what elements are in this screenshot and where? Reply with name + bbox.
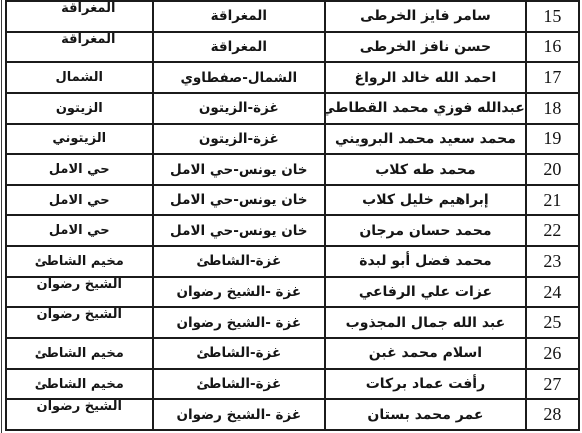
row-number-cell: 19: [526, 124, 579, 155]
area-cell: المغراقة: [153, 32, 326, 63]
area-cell: غزة-الشاطئ: [153, 246, 326, 277]
table-row: مخيم الشاطئ غزة-الشاطئ محمد فضل أبو لبدة…: [6, 246, 579, 277]
row-number-cell: 16: [526, 32, 579, 63]
name-cell: احمد الله خالد الرواغ: [325, 62, 526, 93]
table-row: الشيخ رضوان غزة -الشيخ رضوان عمر محمد بس…: [6, 399, 579, 430]
area-cell: غزة -الشيخ رضوان: [153, 307, 326, 338]
district-cell: الشيخ رضوان: [6, 277, 153, 308]
district-cell: حي الامل: [6, 154, 153, 185]
area-cell: غزة -الشيخ رضوان: [153, 277, 326, 308]
district-cell: الشيخ رضوان: [6, 399, 153, 430]
row-number-cell: 23: [526, 246, 579, 277]
name-cell: محمد سعيد محمد البرويني: [325, 124, 526, 155]
row-number-cell: 21: [526, 185, 579, 216]
row-number-cell: 25: [526, 307, 579, 338]
district-cell: مخيم الشاطئ: [6, 369, 153, 400]
area-cell: خان يونس-حي الامل: [153, 185, 326, 216]
table-row: المغراقة المغراقة سامر فايز الخرطى 15: [6, 1, 579, 32]
table-row: المغراقة المغراقة حسن نافز الخرطى 16: [6, 32, 579, 63]
table-row: الشمال الشمال-صفطاوي احمد الله خالد الرو…: [6, 62, 579, 93]
name-cell: عمر محمد بستان: [325, 399, 526, 430]
table-row: حي الامل خان يونس-حي الامل محمد طه كلاب …: [6, 154, 579, 185]
row-number-cell: 20: [526, 154, 579, 185]
name-cell: محمد حسان مرجان: [325, 215, 526, 246]
roster-table: المغراقة المغراقة سامر فايز الخرطى 15 ال…: [5, 0, 580, 431]
name-cell: اسلام محمد غبن: [325, 338, 526, 369]
table-row: الشيخ رضوان غزة -الشيخ رضوان عزات علي ال…: [6, 277, 579, 308]
row-number-cell: 26: [526, 338, 579, 369]
district-cell: حي الامل: [6, 185, 153, 216]
area-cell: غزة-الشاطئ: [153, 338, 326, 369]
area-cell: غزة -الشيخ رضوان: [153, 399, 326, 430]
name-cell: عبدالله فوزي محمد القطاطي: [325, 93, 526, 124]
name-cell: إبراهيم خليل كلاب: [325, 185, 526, 216]
district-cell: مخيم الشاطئ: [6, 246, 153, 277]
name-cell: رأفت عماد بركات: [325, 369, 526, 400]
table-row: مخيم الشاطئ غزة-الشاطئ رأفت عماد بركات 2…: [6, 369, 579, 400]
district-cell: مخيم الشاطئ: [6, 338, 153, 369]
district-cell: الشمال: [6, 62, 153, 93]
table-row: الشيخ رضوان غزة -الشيخ رضوان عبد الله جم…: [6, 307, 579, 338]
district-cell: الشيخ رضوان: [6, 307, 153, 338]
scanned-document-page: المغراقة المغراقة سامر فايز الخرطى 15 ال…: [0, 0, 582, 433]
table-row: الزيتوني غزة-الزيتون محمد سعيد محمد البر…: [6, 124, 579, 155]
row-number-cell: 28: [526, 399, 579, 430]
row-number-cell: 18: [526, 93, 579, 124]
area-cell: الشمال-صفطاوي: [153, 62, 326, 93]
area-cell: خان يونس-حي الامل: [153, 154, 326, 185]
scan-edge-line: [1, 0, 2, 433]
district-cell: المغراقة: [6, 32, 153, 63]
table-row: مخيم الشاطئ غزة-الشاطئ اسلام محمد غبن 26: [6, 338, 579, 369]
name-cell: محمد فضل أبو لبدة: [325, 246, 526, 277]
area-cell: غزة-الزيتون: [153, 124, 326, 155]
row-number-cell: 27: [526, 369, 579, 400]
row-number-cell: 15: [526, 1, 579, 32]
district-cell: الزيتون: [6, 93, 153, 124]
district-cell: المغراقة: [6, 1, 153, 32]
table-row: حي الامل خان يونس-حي الامل محمد حسان مرج…: [6, 215, 579, 246]
table-row: حي الامل خان يونس-حي الامل إبراهيم خليل …: [6, 185, 579, 216]
row-number-cell: 22: [526, 215, 579, 246]
name-cell: عبد الله جمال المجذوب: [325, 307, 526, 338]
row-number-cell: 17: [526, 62, 579, 93]
name-cell: سامر فايز الخرطى: [325, 1, 526, 32]
district-cell: الزيتوني: [6, 124, 153, 155]
area-cell: المغراقة: [153, 1, 326, 32]
district-cell: حي الامل: [6, 215, 153, 246]
row-number-cell: 24: [526, 277, 579, 308]
table-row: الزيتون غزة-الزيتون عبدالله فوزي محمد ال…: [6, 93, 579, 124]
name-cell: عزات علي الرفاعي: [325, 277, 526, 308]
name-cell: حسن نافز الخرطى: [325, 32, 526, 63]
name-cell: محمد طه كلاب: [325, 154, 526, 185]
area-cell: غزة-الشاطئ: [153, 369, 326, 400]
area-cell: خان يونس-حي الامل: [153, 215, 326, 246]
area-cell: غزة-الزيتون: [153, 93, 326, 124]
